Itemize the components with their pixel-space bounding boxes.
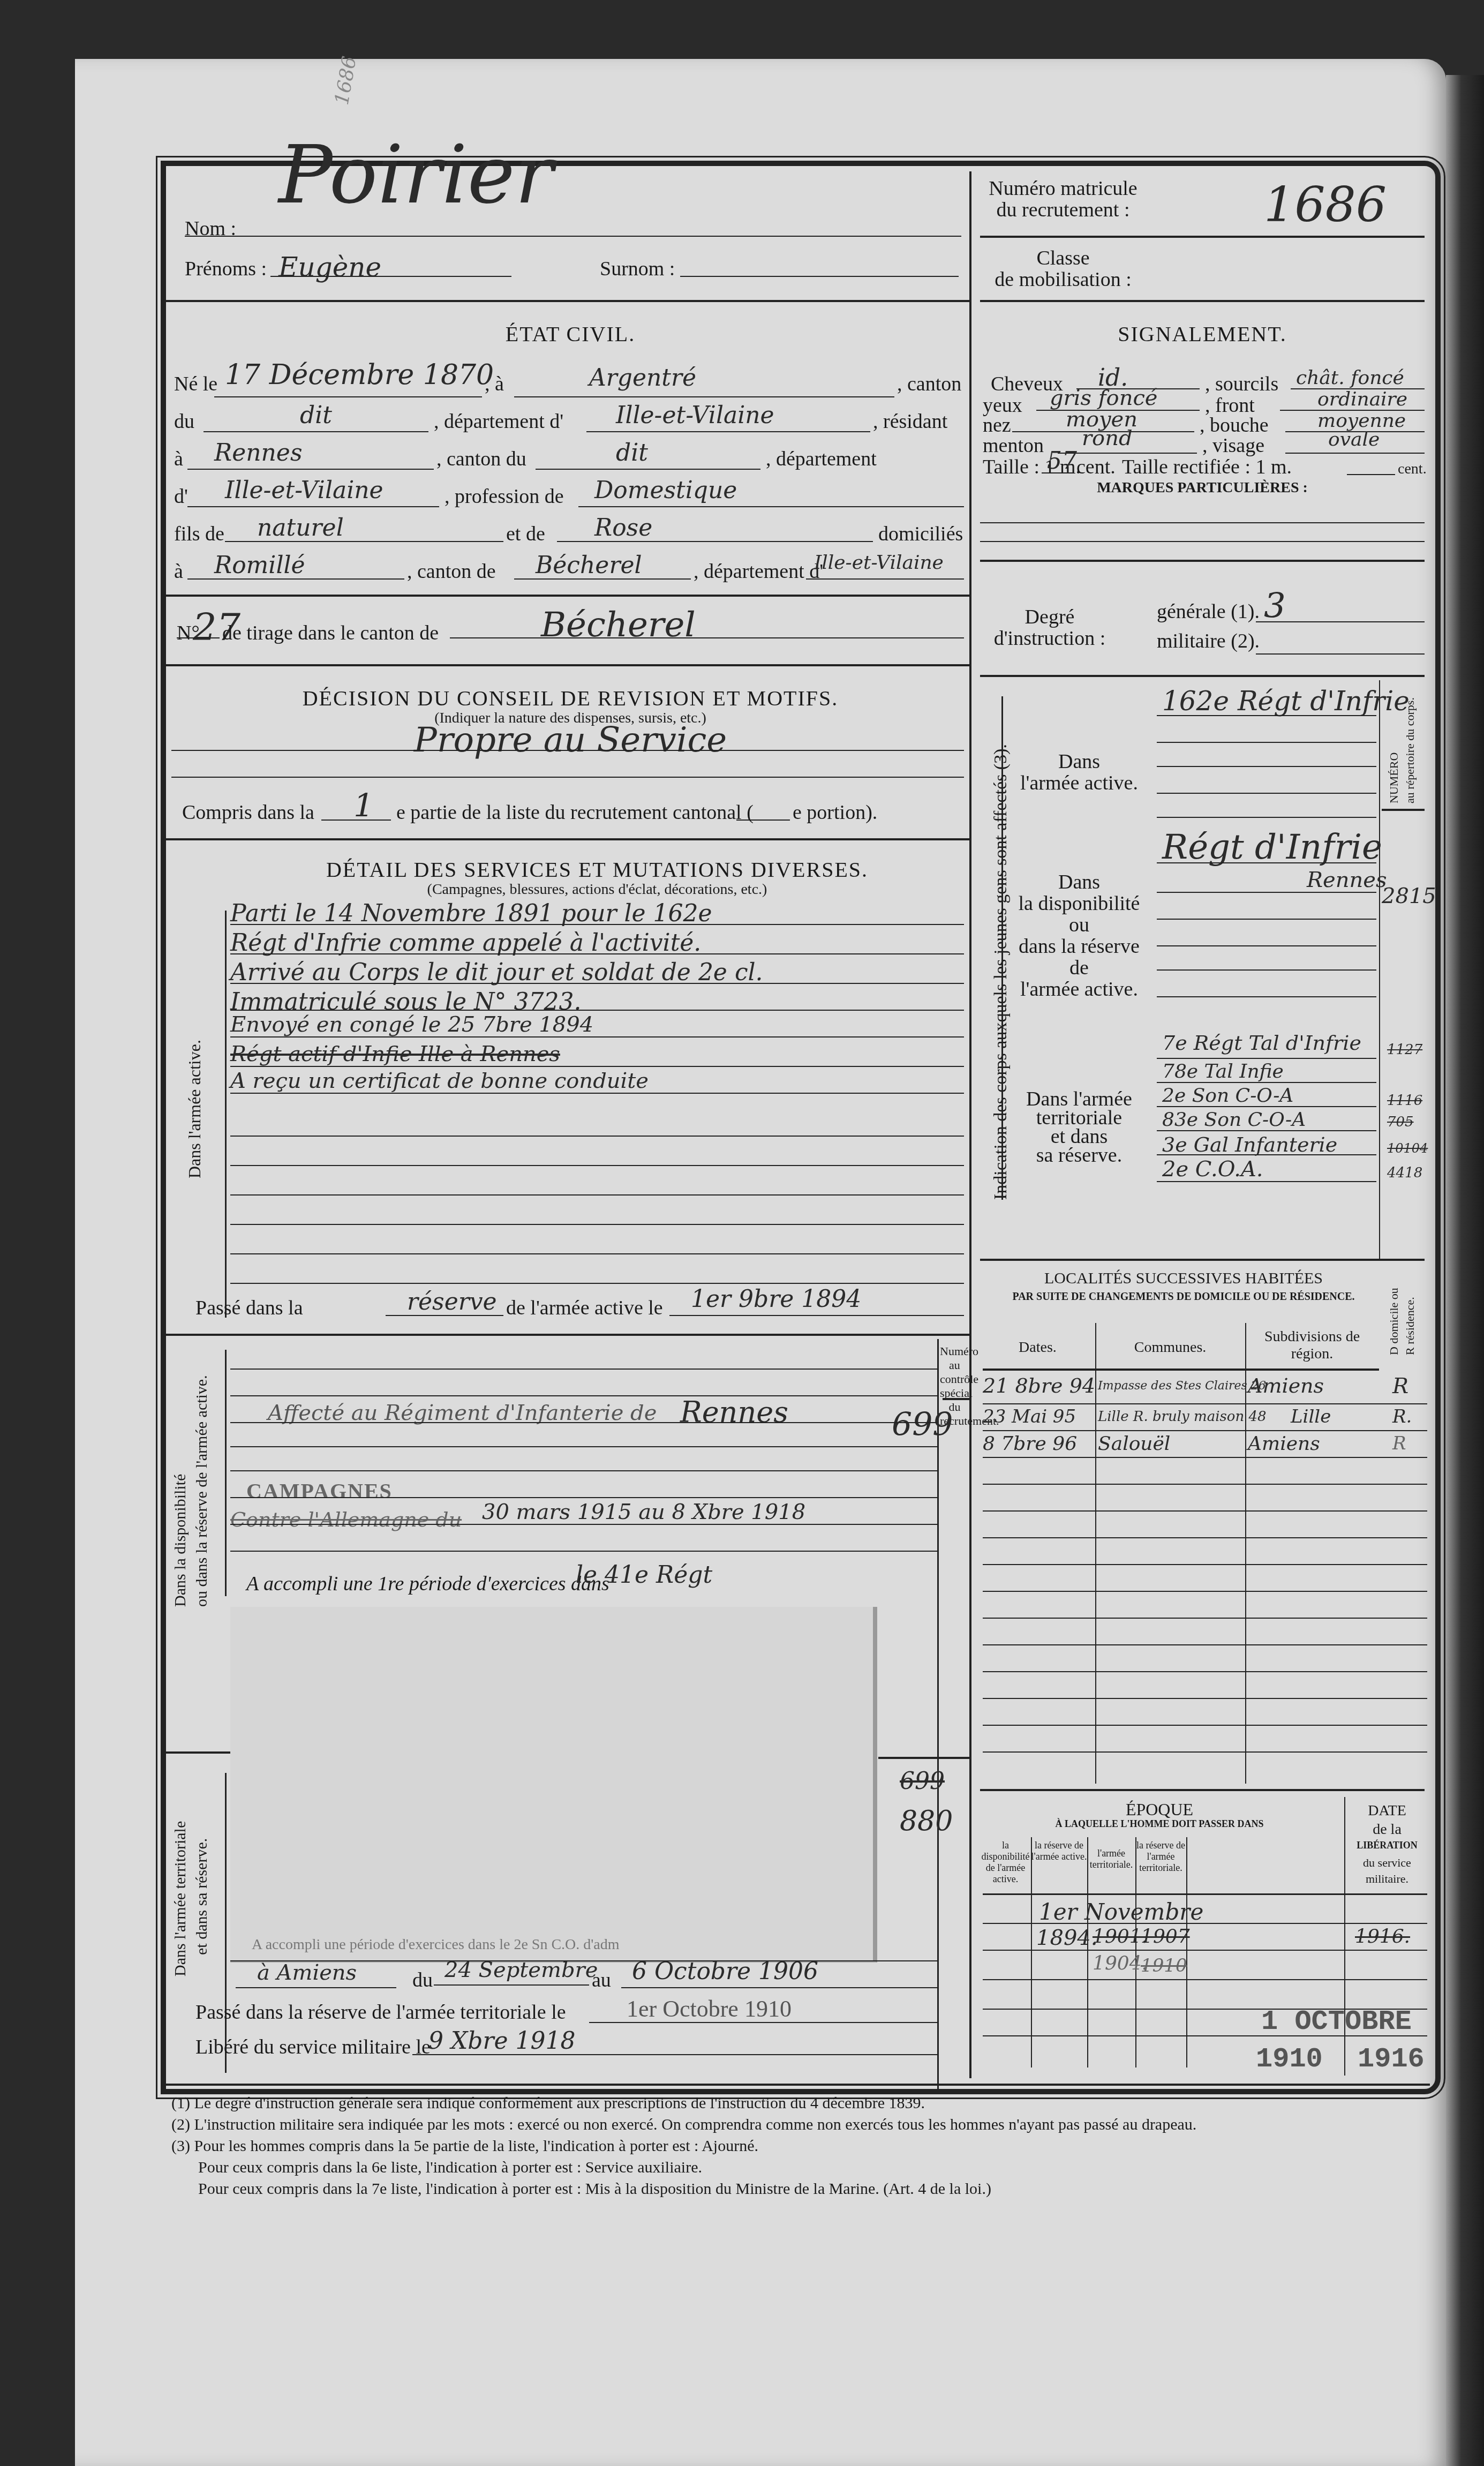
- passe-value-1: réserve: [407, 1288, 497, 1315]
- liberation-label-2: de la: [1347, 1821, 1427, 1838]
- a-label: , à: [485, 372, 504, 396]
- compris-label-1: Compris dans la: [182, 801, 314, 824]
- domicile-a-label: à: [174, 560, 183, 583]
- pasted-paper-strip: [230, 1607, 877, 1963]
- campagnes-title: CAMPAGNES: [246, 1478, 393, 1503]
- book-spine: [1446, 75, 1484, 2466]
- dispo-value-2: Rennes: [1307, 868, 1387, 892]
- fils-label: fils de: [174, 522, 224, 546]
- instruction-generale-label: générale (1).: [1157, 600, 1260, 623]
- services-subtitle: (Campagnes, blessures, actions d'éclat, …: [225, 881, 969, 898]
- service-line-0: Parti le 14 Novembre 1891 pour le 162e: [230, 900, 712, 927]
- canton-value: dit: [300, 402, 332, 429]
- lieu-value: à Amiens: [257, 1960, 357, 1985]
- dispo-label-2: la disponibilité: [1007, 892, 1151, 915]
- localite-date-1: 23 Mai 95: [983, 1406, 1076, 1427]
- liberation-label-5: militaire.: [1347, 1872, 1427, 1886]
- departement-value: Ille-et-Vilaine: [616, 402, 774, 429]
- epoque-handwritten-header: 1er Novembre: [1039, 1899, 1203, 1925]
- footnote-5-text: Pour ceux compris dans la 7e liste, l'in…: [198, 2180, 991, 2198]
- departement-label: , département d': [434, 410, 563, 433]
- passe-label-2: de l'armée active le: [506, 1296, 663, 1320]
- visage-value: ovale: [1328, 428, 1380, 450]
- mere-value: Rose: [594, 514, 652, 542]
- localites-col-dates: Dates.: [980, 1339, 1095, 1356]
- domicile-departement-value: Ille-et-Vilaine: [814, 552, 944, 574]
- departement-residant-value: Ille-et-Vilaine: [225, 477, 383, 504]
- services-title: DÉTAIL DES SERVICES ET MUTATIONS DIVERSE…: [225, 857, 969, 882]
- epoque-title: ÉPOQUE: [980, 1800, 1339, 1820]
- affecte-value: Rennes: [680, 1395, 788, 1429]
- classe-label-1: Classe: [980, 246, 1146, 270]
- localite-commune-1: Lille R. bruly maison 48: [1098, 1409, 1267, 1425]
- stamp-year-1: 1910: [1256, 2043, 1323, 2075]
- visage-label: , visage: [1202, 434, 1264, 457]
- service-line-1: Régt d'Infrie comme appelé à l'activité.: [230, 929, 701, 957]
- service-line-2: Arrivé au Corps le dit jour et soldat de…: [230, 959, 763, 986]
- liberation-label-3: LIBÉRATION: [1347, 1840, 1427, 1851]
- nom-value: Poirier: [278, 129, 553, 222]
- footnote-1-text: Le degré d'instruction générale sera ind…: [194, 2094, 925, 2112]
- periode-label: A accompli une 1re période d'exercices d…: [246, 1572, 609, 1596]
- pere-value: naturel: [257, 514, 344, 542]
- localites-col-communes: Communes.: [1095, 1339, 1245, 1356]
- territoriale-label-4: sa réserve.: [1007, 1144, 1151, 1167]
- canton-residant-value: dit: [616, 439, 648, 467]
- epoque-reserve-territoriale: 1907: [1141, 1926, 1190, 1948]
- cent-label-2: cent.: [1398, 461, 1427, 478]
- residant-a-label: à: [174, 447, 183, 471]
- d-label: d': [174, 485, 188, 508]
- profession-label: , profession de: [445, 485, 564, 508]
- stamp-date: 1 OCTOBRE: [1261, 2006, 1412, 2038]
- territoriale-entry-3: 83e Son C-O-A: [1162, 1109, 1306, 1131]
- liberation-label-4: du service: [1347, 1856, 1427, 1870]
- localite-commune-0: Impasse des Stes Claires 26: [1098, 1379, 1266, 1393]
- surnom-label: Surnom :: [600, 257, 675, 281]
- tirage-canton-value: Bécherel: [541, 605, 696, 645]
- epoque-col-reserve-territoriale: la réserve de l'armée territoriale.: [1135, 1840, 1186, 1874]
- epoque-reserve-territoriale-corrected: 1910: [1141, 1955, 1187, 1976]
- taille-value: 57: [1047, 447, 1077, 475]
- territoriale-repertoire-4: 10104: [1387, 1141, 1428, 1156]
- liberation-label-1: DATE: [1347, 1802, 1427, 1820]
- epoque-col-disponibilite: la disponibilité de l'armée active.: [980, 1840, 1031, 1885]
- passe-territoriale-label: Passé dans la réserve de l'armée territo…: [195, 2001, 566, 2024]
- dispo-repertoire: 2815: [1382, 884, 1436, 908]
- localites-subtitle: PAR SUITE DE CHANGEMENTS DE DOMICILE OU …: [980, 1291, 1387, 1303]
- numero-repertoire-label-1: NUMÉRO: [1387, 753, 1401, 803]
- footnote-2-text: L'instruction militaire sera indiquée pa…: [194, 2116, 1196, 2133]
- departement-d-label: , département d': [694, 560, 823, 583]
- active-label-2: l'armée active.: [1007, 771, 1151, 795]
- numero-controle-old: 699: [900, 1768, 945, 1795]
- decision-value: Propre au Service: [171, 720, 969, 760]
- matricule-label-1: Numéro matricule: [980, 177, 1146, 200]
- libere-label: Libéré du service militaire le: [195, 2035, 431, 2059]
- epoque-subtitle: À LAQUELLE L'HOMME DOIT PASSER DANS: [980, 1818, 1339, 1830]
- dr-label-2: R résidence.: [1403, 1297, 1417, 1355]
- stamp-year-2: 1916: [1358, 2043, 1425, 2075]
- active-label-1: Dans: [1007, 750, 1151, 773]
- territoriale-entry-2: 2e Son C-O-A: [1162, 1085, 1293, 1107]
- services-side-label: Dans l'armée active.: [185, 1040, 205, 1178]
- au-value: 6 Octobre 1906: [632, 1958, 818, 1985]
- instruction-militaire-label: militaire (2).: [1157, 629, 1260, 653]
- sourcils-label: , sourcils: [1205, 372, 1278, 396]
- marques-title: MARQUES PARTICULIÈRES :: [980, 479, 1425, 497]
- service-line-4: Envoyé en congé le 25 7bre 1894: [230, 1012, 593, 1037]
- canton-de-label: , canton de: [407, 560, 496, 583]
- signalement-title: SIGNALEMENT.: [980, 321, 1425, 347]
- localite-dr-2: R: [1392, 1433, 1406, 1454]
- dispo-label-5: de: [1007, 956, 1151, 980]
- footnote-3-text: Pour les hommes compris dans la 5e parti…: [194, 2137, 758, 2155]
- reserve-active-side-label-1: Dans la disponibilité: [171, 1474, 190, 1607]
- domicilies-label: domiciliés: [878, 522, 963, 546]
- et-de-label: et de: [506, 522, 545, 546]
- reserve-active-side-label-2: ou dans la réserve de l'armée active.: [193, 1375, 211, 1607]
- footnote-4: Pour ceux compris dans la 6e liste, l'in…: [198, 2159, 702, 2177]
- footnote-1-num: (1): [171, 2094, 190, 2112]
- service-line-6: A reçu un certificat de bonne conduite: [230, 1069, 649, 1093]
- classe-label-2: de mobilisation :: [980, 268, 1146, 291]
- instruction-label-2: d'instruction :: [980, 627, 1119, 650]
- territoriale-entry-0: 7e Régt Tal d'Infrie: [1162, 1031, 1361, 1055]
- periode-value: le 41e Régt: [576, 1561, 712, 1589]
- au-label: au: [592, 1968, 611, 1992]
- residant-label: , résidant: [873, 410, 947, 433]
- epoque-territoriale-corrected: 1904.: [1093, 1952, 1148, 1974]
- service-line-5-struck: Régt actif d'Infie Ille à Rennes: [230, 1042, 560, 1066]
- passe-territoriale-value: 1er Octobre 1910: [627, 1995, 792, 2023]
- footnote-4-text: Pour ceux compris dans la 6e liste, l'in…: [198, 2159, 702, 2176]
- territoriale-repertoire-0: 1127: [1387, 1042, 1422, 1058]
- matricule-label-2: du recrutement :: [980, 198, 1146, 222]
- taille-rectifiee-label: Taille rectifiée : 1 m.: [1122, 455, 1292, 479]
- canton-du-label: , canton du: [436, 447, 526, 471]
- residant-value: Rennes: [214, 439, 302, 467]
- domicile-canton-value: Bécherel: [536, 552, 642, 579]
- localite-subdivision-0: Amiens: [1248, 1374, 1324, 1397]
- menton-label: menton: [983, 434, 1044, 457]
- localites-title: LOCALITÉS SUCCESSIVES HABITÉES: [980, 1269, 1387, 1288]
- epoque-liberation: 1916.: [1355, 1926, 1410, 1948]
- ne-le-label: Né le: [174, 372, 217, 396]
- epoque-reserve-active: 1894.: [1036, 1926, 1098, 1950]
- localite-date-0: 21 8bre 94: [983, 1374, 1095, 1397]
- cent-label: cent.: [1076, 455, 1116, 479]
- nom-underline: [185, 236, 961, 237]
- matricule-value: 1686: [1264, 177, 1387, 233]
- lieu-naissance: Argentré: [589, 364, 696, 392]
- numero-controle-territoriale: 880: [900, 1805, 953, 1837]
- decision-title: DÉCISION DU CONSEIL DE REVISION ET MOTIF…: [171, 686, 969, 711]
- compris-label-2: e partie de la liste du recrutement cant…: [396, 801, 754, 824]
- periode-line: A accompli une période d'exercices dans …: [252, 1936, 620, 1953]
- instruction-generale-value: 3: [1264, 587, 1286, 626]
- domicile-value: Romillé: [214, 552, 305, 579]
- numero-controle-value: 699: [892, 1406, 953, 1443]
- du-label: du: [412, 1968, 433, 1992]
- service-line-3: Immatriculé sous le N° 3723.: [230, 988, 581, 1016]
- menton-value: rond: [1082, 426, 1133, 450]
- territoriale-repertoire-3: 705: [1387, 1114, 1414, 1130]
- dispo-label-1: Dans: [1007, 870, 1151, 894]
- dispo-label-4: dans la réserve: [1007, 935, 1151, 958]
- epoque-col-reserve-active: la réserve de l'armée active.: [1031, 1840, 1087, 1862]
- instruction-label-1: Degré: [980, 605, 1119, 629]
- territoriale-side-label-2: et dans sa réserve.: [193, 1838, 211, 1955]
- tirage-canton-label: de tirage dans le canton de: [222, 621, 439, 645]
- compris-label-3: e portion).: [793, 801, 877, 824]
- territoriale-repertoire-5: 4418: [1387, 1165, 1422, 1181]
- localite-subdivision-2: Amiens: [1248, 1433, 1320, 1455]
- localite-subdivision-1: Lille: [1291, 1406, 1331, 1427]
- localites-col-subdivisions: Subdivisions de région.: [1245, 1328, 1379, 1363]
- departement-label-2: , département: [766, 447, 877, 471]
- epoque-col-territoriale: l'armée territoriale.: [1087, 1848, 1135, 1870]
- localite-date-2: 8 7bre 96: [983, 1433, 1077, 1455]
- date-naissance: 17 Décembre 1870: [225, 359, 494, 391]
- dispo-label-3: ou: [1007, 913, 1151, 937]
- epoque-territoriale: 1901.: [1093, 1926, 1148, 1948]
- prenoms-label: Prénoms :: [185, 257, 267, 281]
- territoriale-entry-1: 78e Tal Infie: [1162, 1061, 1284, 1082]
- footnote-3-num: (3): [171, 2137, 190, 2155]
- passe-label-1: Passé dans la: [195, 1296, 303, 1320]
- dispo-value-1: Régt d'Infrie: [1162, 828, 1382, 867]
- etat-civil-title: ÉTAT CIVIL.: [171, 321, 969, 347]
- libere-value: 9 Xbre 1918: [428, 2027, 576, 2055]
- footnote-2: (2) L'instruction militaire sera indiqué…: [171, 2116, 1196, 2134]
- active-value: 162e Régt d'Infrie: [1162, 686, 1410, 717]
- territoriale-side-label-1: Dans l'armée territoriale: [171, 1821, 190, 1976]
- campagnes-value: 30 mars 1915 au 8 Xbre 1918: [482, 1500, 805, 1524]
- localite-commune-2: Salouël: [1098, 1433, 1170, 1455]
- sourcils-value: chât. foncé: [1296, 367, 1404, 389]
- passe-value-2: 1er 9bre 1894: [691, 1285, 861, 1313]
- prenoms-value: Eugène: [278, 252, 381, 283]
- campagnes-text: Contre l'Allemagne du: [230, 1508, 462, 1531]
- territoriale-repertoire-2: 1116: [1387, 1093, 1422, 1109]
- du-value: 24 Septembre: [445, 1958, 598, 1982]
- localite-dr-1: R.: [1392, 1406, 1412, 1427]
- footnote-5: Pour ceux compris dans la 7e liste, l'in…: [198, 2180, 991, 2198]
- footnote-2-num: (2): [171, 2116, 190, 2133]
- front-value: ordinaire: [1317, 388, 1407, 410]
- canton-label: , canton: [897, 372, 961, 396]
- profession-value: Domestique: [594, 477, 737, 504]
- du-label: du: [174, 410, 194, 433]
- territoriale-entry-5: 2e C.O.A.: [1162, 1157, 1263, 1182]
- territoriale-entry-4: 3e Gal Infanterie: [1162, 1133, 1337, 1156]
- footnote-3: (3) Pour les hommes compris dans la 5e p…: [171, 2137, 758, 2155]
- dr-label-1: D domicile ou: [1387, 1288, 1401, 1355]
- footnote-1: (1) Le degré d'instruction générale sera…: [171, 2094, 925, 2112]
- nom-label: Nom :: [185, 217, 236, 240]
- dispo-label-6: l'armée active.: [1007, 978, 1151, 1001]
- localite-dr-0: R: [1392, 1374, 1408, 1399]
